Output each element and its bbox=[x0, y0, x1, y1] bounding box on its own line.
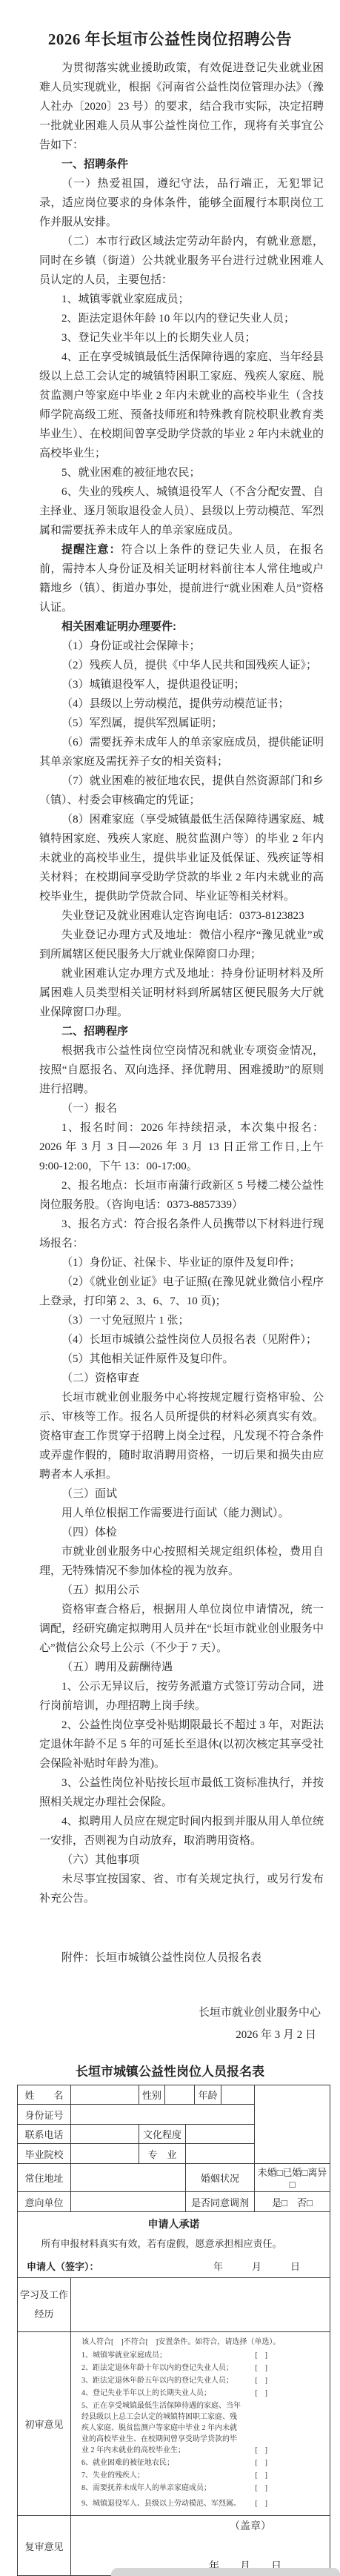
paragraph: 3、登记失业半年以上的长期失业人员； bbox=[39, 328, 324, 348]
review-item-checkbox: [ ] bbox=[255, 2498, 267, 2509]
paragraph: 长垣市就业创业服务中心将按规定履行资格审验、公示、审核等工作。报名人员所提供的材… bbox=[39, 1388, 324, 1484]
paragraph: 1、公示无异议后，按劳务派遣方式签订劳动合同，进行岗前培训，办理招聘上岗手续。 bbox=[39, 1677, 324, 1716]
paragraph: 3、公益性岗位补贴按长垣市最低工资标准执行，并按照相关规定办理社会保险。 bbox=[39, 1773, 324, 1812]
review-item-text: 5、正在享受城镇最低生活保障待遇的家庭、当年经县级以上总工会认定的城镇特困职工家… bbox=[81, 2402, 241, 2454]
address-label: 常住地址 bbox=[18, 2164, 71, 2192]
age-field bbox=[221, 2085, 255, 2105]
name-field bbox=[71, 2085, 139, 2105]
gender-label: 性别 bbox=[139, 2085, 165, 2105]
paragraph: （7）就业困难的被征地农民，提供自然资源部门和乡（镇）、村委会审核确定的凭证； bbox=[39, 771, 324, 810]
experience-label: 学习及工作 经历 bbox=[18, 2278, 71, 2332]
experience-label-line1: 学习及工作 bbox=[20, 2285, 68, 2305]
document-body: 为贯彻落实就业援助政策，有效促进登记失业就业困难人员实现就业，根据《河南省公益性… bbox=[39, 59, 324, 1968]
major-field bbox=[186, 2144, 255, 2164]
review-item-text: 2、距法定退休年龄十年以内的登记失业人员； bbox=[81, 2364, 233, 2372]
paragraph: 资格审查合格后，根据用人单位岗位申请情况，统一调配，经研究确定拟聘用人员并在“长… bbox=[39, 1600, 324, 1658]
paragraph: （4）县级以上劳动模范，提供劳动模范证书； bbox=[39, 694, 324, 714]
paragraph: 3、报名方式：符合报名条件人员携带以下材料进行现场报名： bbox=[39, 1215, 324, 1253]
second-review-label: 复审意见 bbox=[18, 2516, 71, 2576]
review-item-checkbox: [ ] bbox=[255, 2445, 267, 2456]
unit-label: 意向单位 bbox=[18, 2192, 71, 2212]
paragraph: 失业登记办理方式及地址：微信小程序“豫见就业”或到所属辖区便民服务大厅就业保障窗… bbox=[39, 926, 324, 964]
issuer-name: 长垣市就业创业服务中心 bbox=[0, 2002, 321, 2024]
paragraph: （四）体检 bbox=[39, 1523, 324, 1542]
bottom-scroll-handle[interactable] bbox=[111, 2568, 340, 2576]
signature-block: 长垣市就业创业服务中心 2026 年 3 月 2 日 bbox=[0, 2002, 321, 2046]
table-row: 学习及工作 经历 bbox=[18, 2278, 330, 2332]
second-review-content: （盖章） 年 月 日 bbox=[73, 2518, 327, 2573]
paragraph: 1、报名时间：2026 年持续招录，本次集中报名：2026 年 3 月 3 日—… bbox=[39, 1118, 324, 1176]
photo-box bbox=[255, 2085, 330, 2164]
phone-label: 联系电话 bbox=[18, 2125, 71, 2144]
review-item: 4、登记失业半年以上的长期失业人员；[ ] bbox=[81, 2388, 324, 2399]
promise-title: 申请人承诺 bbox=[27, 2217, 321, 2231]
paragraph: 6、失业的残疾人、城镇退役军人（不含分配安置、自主择业、逐月领取退役金人员）、县… bbox=[39, 482, 324, 540]
paragraph: 市就业创业服务中心按照相关规定组织体检，费用自理，无特殊情况不参加体检的视为放弃… bbox=[39, 1542, 324, 1581]
review-item-checkbox: [ ] bbox=[255, 2363, 267, 2374]
adjust-options: 是□ 否□ bbox=[255, 2192, 330, 2212]
paragraph: 未尽事宜按国家、省、市有关规定执行，或另行发布补充公告。 bbox=[39, 1870, 324, 1908]
address-field bbox=[71, 2164, 186, 2192]
review-item: 8、需要抚养未成年人的单亲家庭成员；[ ] bbox=[81, 2483, 324, 2494]
intro-paragraph: 为贯彻落实就业援助政策，有效促进登记失业就业困难人员实现就业，根据《河南省公益性… bbox=[39, 59, 324, 155]
paragraph: 就业困难认定办理方式及地址：持身份证明材料及所属困难人员类型相关证明材料到所属辖… bbox=[39, 964, 324, 1022]
paragraph: （一）热爱祖国，遵纪守法，品行端正，无犯罪记录，适应岗位要求的身体条件，能够全面… bbox=[39, 174, 324, 232]
review-item-text: 6、就业困难的被征地农民； bbox=[81, 2459, 174, 2467]
first-review-intro: 该人符合[ ]不符合[ ]安置条件。如符合，请选择（单选）。 bbox=[81, 2337, 324, 2348]
adjust-label: 是否同意调剂 bbox=[186, 2192, 255, 2212]
review-item-text: 1、城镇零就业家庭成员； bbox=[81, 2351, 167, 2360]
paragraph: （3）城镇退役军人，提供退役证明； bbox=[39, 675, 324, 694]
review-item: 3、距法定退休年龄五年以内的登记失业人员；[ ] bbox=[81, 2375, 324, 2386]
school-field bbox=[71, 2144, 139, 2164]
review-item: 2、距法定退休年龄十年以内的登记失业人员；[ ] bbox=[81, 2363, 324, 2374]
attachment-line: 附件：长垣市城镇公益性岗位人员报名表 bbox=[39, 1948, 324, 1968]
paragraph: （二）本市行政区域法定劳动年龄内，有就业意愿，同时在乡镇（街道）公共就业服务平台… bbox=[39, 232, 324, 290]
promise-cell: 申请人承诺 所有申报材料真实有效，若有虚假，愿意承担相应责任。 申请人（签字）：… bbox=[18, 2212, 330, 2278]
paragraph: （五）拟用公示 bbox=[39, 1581, 324, 1600]
paragraph: （二）资格审查 bbox=[39, 1369, 324, 1388]
education-field bbox=[186, 2125, 255, 2144]
review-item-text: 9、城镇退役军人、县级以上劳动模范、军烈属。 bbox=[81, 2500, 241, 2508]
review-item-checkbox: [ ] bbox=[255, 2457, 267, 2469]
paragraph: （2）《就业创业证》电子证照(在豫见就业微信小程序上登录，打印第 2、3、6、7… bbox=[39, 1272, 324, 1311]
paragraph: （5）军烈属，提供军烈属证明； bbox=[39, 714, 324, 733]
paragraph: （4）长垣市城镇公益性岗位人员报名表（见附件）； bbox=[39, 1330, 324, 1350]
review-item: 7、失业的残疾人；[ ] bbox=[81, 2470, 324, 2481]
page-title: 2026 年长垣市公益性岗位招聘公告 bbox=[10, 27, 330, 50]
section-1-heading: 一、招聘条件 bbox=[39, 155, 324, 174]
promise-text: 所有申报材料真实有效，若有虚假，愿意承担相应责任。 bbox=[27, 2236, 321, 2250]
paragraph: （六）其他事项 bbox=[39, 1850, 324, 1870]
form-title: 长垣市城镇公益性岗位人员报名表 bbox=[0, 2061, 340, 2079]
notice-label: 提醒注意： bbox=[61, 543, 121, 556]
paragraph: 用人单位根据工作需要进行面试（能力测试）。 bbox=[39, 1504, 324, 1523]
name-label: 姓 名 bbox=[18, 2085, 71, 2105]
table-row: 复审意见 （盖章） 年 月 日 bbox=[18, 2516, 330, 2576]
table-row: 常住地址 婚姻状况 未婚□已婚□离异□ bbox=[18, 2164, 330, 2192]
gender-field bbox=[165, 2085, 195, 2105]
review-item: 6、就业困难的被征地农民；[ ] bbox=[81, 2457, 324, 2469]
review-item-text: 4、登记失业半年以上的长期失业人员； bbox=[81, 2389, 211, 2397]
paragraph: 根据我市公益性岗位空岗情况和就业专项资金情况，按照“自愿报名、双向选择、择优聘用… bbox=[39, 1041, 324, 1099]
paragraph: （8）困难家庭（享受城镇最低生活保障待遇家庭、城镇特困家庭、残疾人家庭、脱贫监测… bbox=[39, 810, 324, 906]
age-label: 年龄 bbox=[195, 2085, 221, 2105]
paragraph: （6）需要抚养未成年人的单亲家庭成员，提供能证明其单亲家庭及需抚养子女的相关资料… bbox=[39, 733, 324, 771]
table-row: 姓 名 性别 年龄 bbox=[18, 2085, 330, 2105]
phone-field bbox=[71, 2125, 139, 2144]
paragraph: 4、正在享受城镇最低生活保障待遇的家庭、当年经县级以上总工会认定的城镇特困职工家… bbox=[39, 348, 324, 463]
section-2-heading: 二、招聘程序 bbox=[39, 1022, 324, 1041]
first-review-label: 初审意见 bbox=[18, 2332, 71, 2516]
marital-label: 婚姻状况 bbox=[186, 2164, 255, 2192]
experience-label-line2: 经历 bbox=[20, 2305, 68, 2324]
announcement-page: 2026 年长垣市公益性岗位招聘公告 为贯彻落实就业援助政策，有效促进登记失业就… bbox=[0, 0, 340, 2576]
paragraph: （三）面试 bbox=[39, 1484, 324, 1504]
paragraph: （5）其他相关证件原件及复印件。 bbox=[39, 1350, 324, 1369]
first-review-cell: 该人符合[ ]不符合[ ]安置条件。如符合，请选择（单选）。 1、城镇零就业家庭… bbox=[71, 2332, 330, 2516]
requirements-heading: 相关困难证明办理要件: bbox=[39, 617, 324, 637]
paragraph: （五）聘用及薪酬待遇 bbox=[39, 1658, 324, 1677]
id-number-label: 身份证号 bbox=[18, 2105, 71, 2125]
table-row: 申请人承诺 所有申报材料真实有效，若有虚假，愿意承担相应责任。 申请人（签字）：… bbox=[18, 2212, 330, 2278]
paragraph: 2、公益性岗位享受补贴期限最长不超过 3 年，对距法定退休年龄不足 5 年的可延… bbox=[39, 1716, 324, 1773]
review-item: 9、城镇退役军人、县级以上劳动模范、军烈属。[ ] bbox=[81, 2498, 324, 2509]
promise-date-line: 年 月 日 bbox=[213, 2259, 300, 2273]
review-item-checkbox: [ ] bbox=[255, 2483, 267, 2494]
paragraph: 失业登记及就业困难认定咨询电话：0373-8123823 bbox=[39, 906, 324, 926]
review-item: 5、正在享受城镇最低生活保障待遇的家庭、当年经县级以上总工会认定的城镇特困职工家… bbox=[81, 2400, 324, 2456]
education-label: 文化程度 bbox=[139, 2125, 186, 2144]
issue-date: 2026 年 3 月 2 日 bbox=[0, 2024, 321, 2046]
review-item-text: 7、失业的残疾人； bbox=[81, 2472, 144, 2480]
marital-options: 未婚□已婚□离异□ bbox=[255, 2164, 330, 2192]
paragraph: （一）报名 bbox=[39, 1099, 324, 1118]
review-item-text: 3、距法定退休年龄五年以内的登记失业人员； bbox=[81, 2377, 233, 2385]
review-item-checkbox: [ ] bbox=[255, 2350, 267, 2361]
stamp-placeholder: （盖章） bbox=[73, 2518, 281, 2533]
review-item-text: 8、需要抚养未成年人的单亲家庭成员； bbox=[81, 2484, 211, 2492]
review-item-checkbox: [ ] bbox=[255, 2375, 267, 2386]
review-item-checkbox: [ ] bbox=[255, 2388, 267, 2399]
unit-field bbox=[71, 2192, 186, 2212]
applicant-sign-label: 申请人（签字）： bbox=[27, 2259, 99, 2273]
second-review-cell: （盖章） 年 月 日 bbox=[71, 2516, 330, 2576]
table-row: 初审意见 该人符合[ ]不符合[ ]安置条件。如符合，请选择（单选）。 1、城镇… bbox=[18, 2332, 330, 2516]
paragraph: （1）身份证或社会保障卡； bbox=[39, 637, 324, 656]
experience-field bbox=[71, 2278, 330, 2332]
id-number-field bbox=[71, 2105, 255, 2125]
paragraph: 2、报名地点：长垣市南蒲行政新区 5 号楼二楼公益性岗位服务股。（咨询电话：03… bbox=[39, 1176, 324, 1215]
table-row: 意向单位 是否同意调剂 是□ 否□ bbox=[18, 2192, 330, 2212]
paragraph: （2）残疾人员，提供《中华人民共和国残疾人证》； bbox=[39, 656, 324, 675]
paragraph: 4、拟聘用人员应在规定时间内报到并服从用人单位统一安排，否则视为自动放弃，取消聘… bbox=[39, 1812, 324, 1850]
paragraph: （3）一寸免冠照片 1 张； bbox=[39, 1311, 324, 1330]
paragraph: 1、城镇零就业家庭成员； bbox=[39, 290, 324, 309]
promise-signature-line: 申请人（签字）： 年 月 日 bbox=[27, 2259, 321, 2273]
paragraph: 2、距法定退休年龄 10 年以内的登记失业人员； bbox=[39, 309, 324, 328]
major-label: 专 业 bbox=[139, 2144, 186, 2164]
application-form-table: 姓 名 性别 年龄 身份证号 联系电话 文化程度 毕业院校 专 业 常住地址 bbox=[17, 2085, 330, 2576]
paragraph: （1）身份证、社保卡、毕业证的原件及复印件； bbox=[39, 1253, 324, 1272]
school-label: 毕业院校 bbox=[18, 2144, 71, 2164]
paragraph: 5、就业困难的被征地农民； bbox=[39, 463, 324, 482]
review-item: 1、城镇零就业家庭成员；[ ] bbox=[81, 2350, 324, 2361]
review-item-checkbox: [ ] bbox=[255, 2470, 267, 2481]
notice-paragraph: 提醒注意：符合以上条件的登记失业人员，在报名前，需持本人身份证及相关证明材料前往… bbox=[39, 540, 324, 617]
